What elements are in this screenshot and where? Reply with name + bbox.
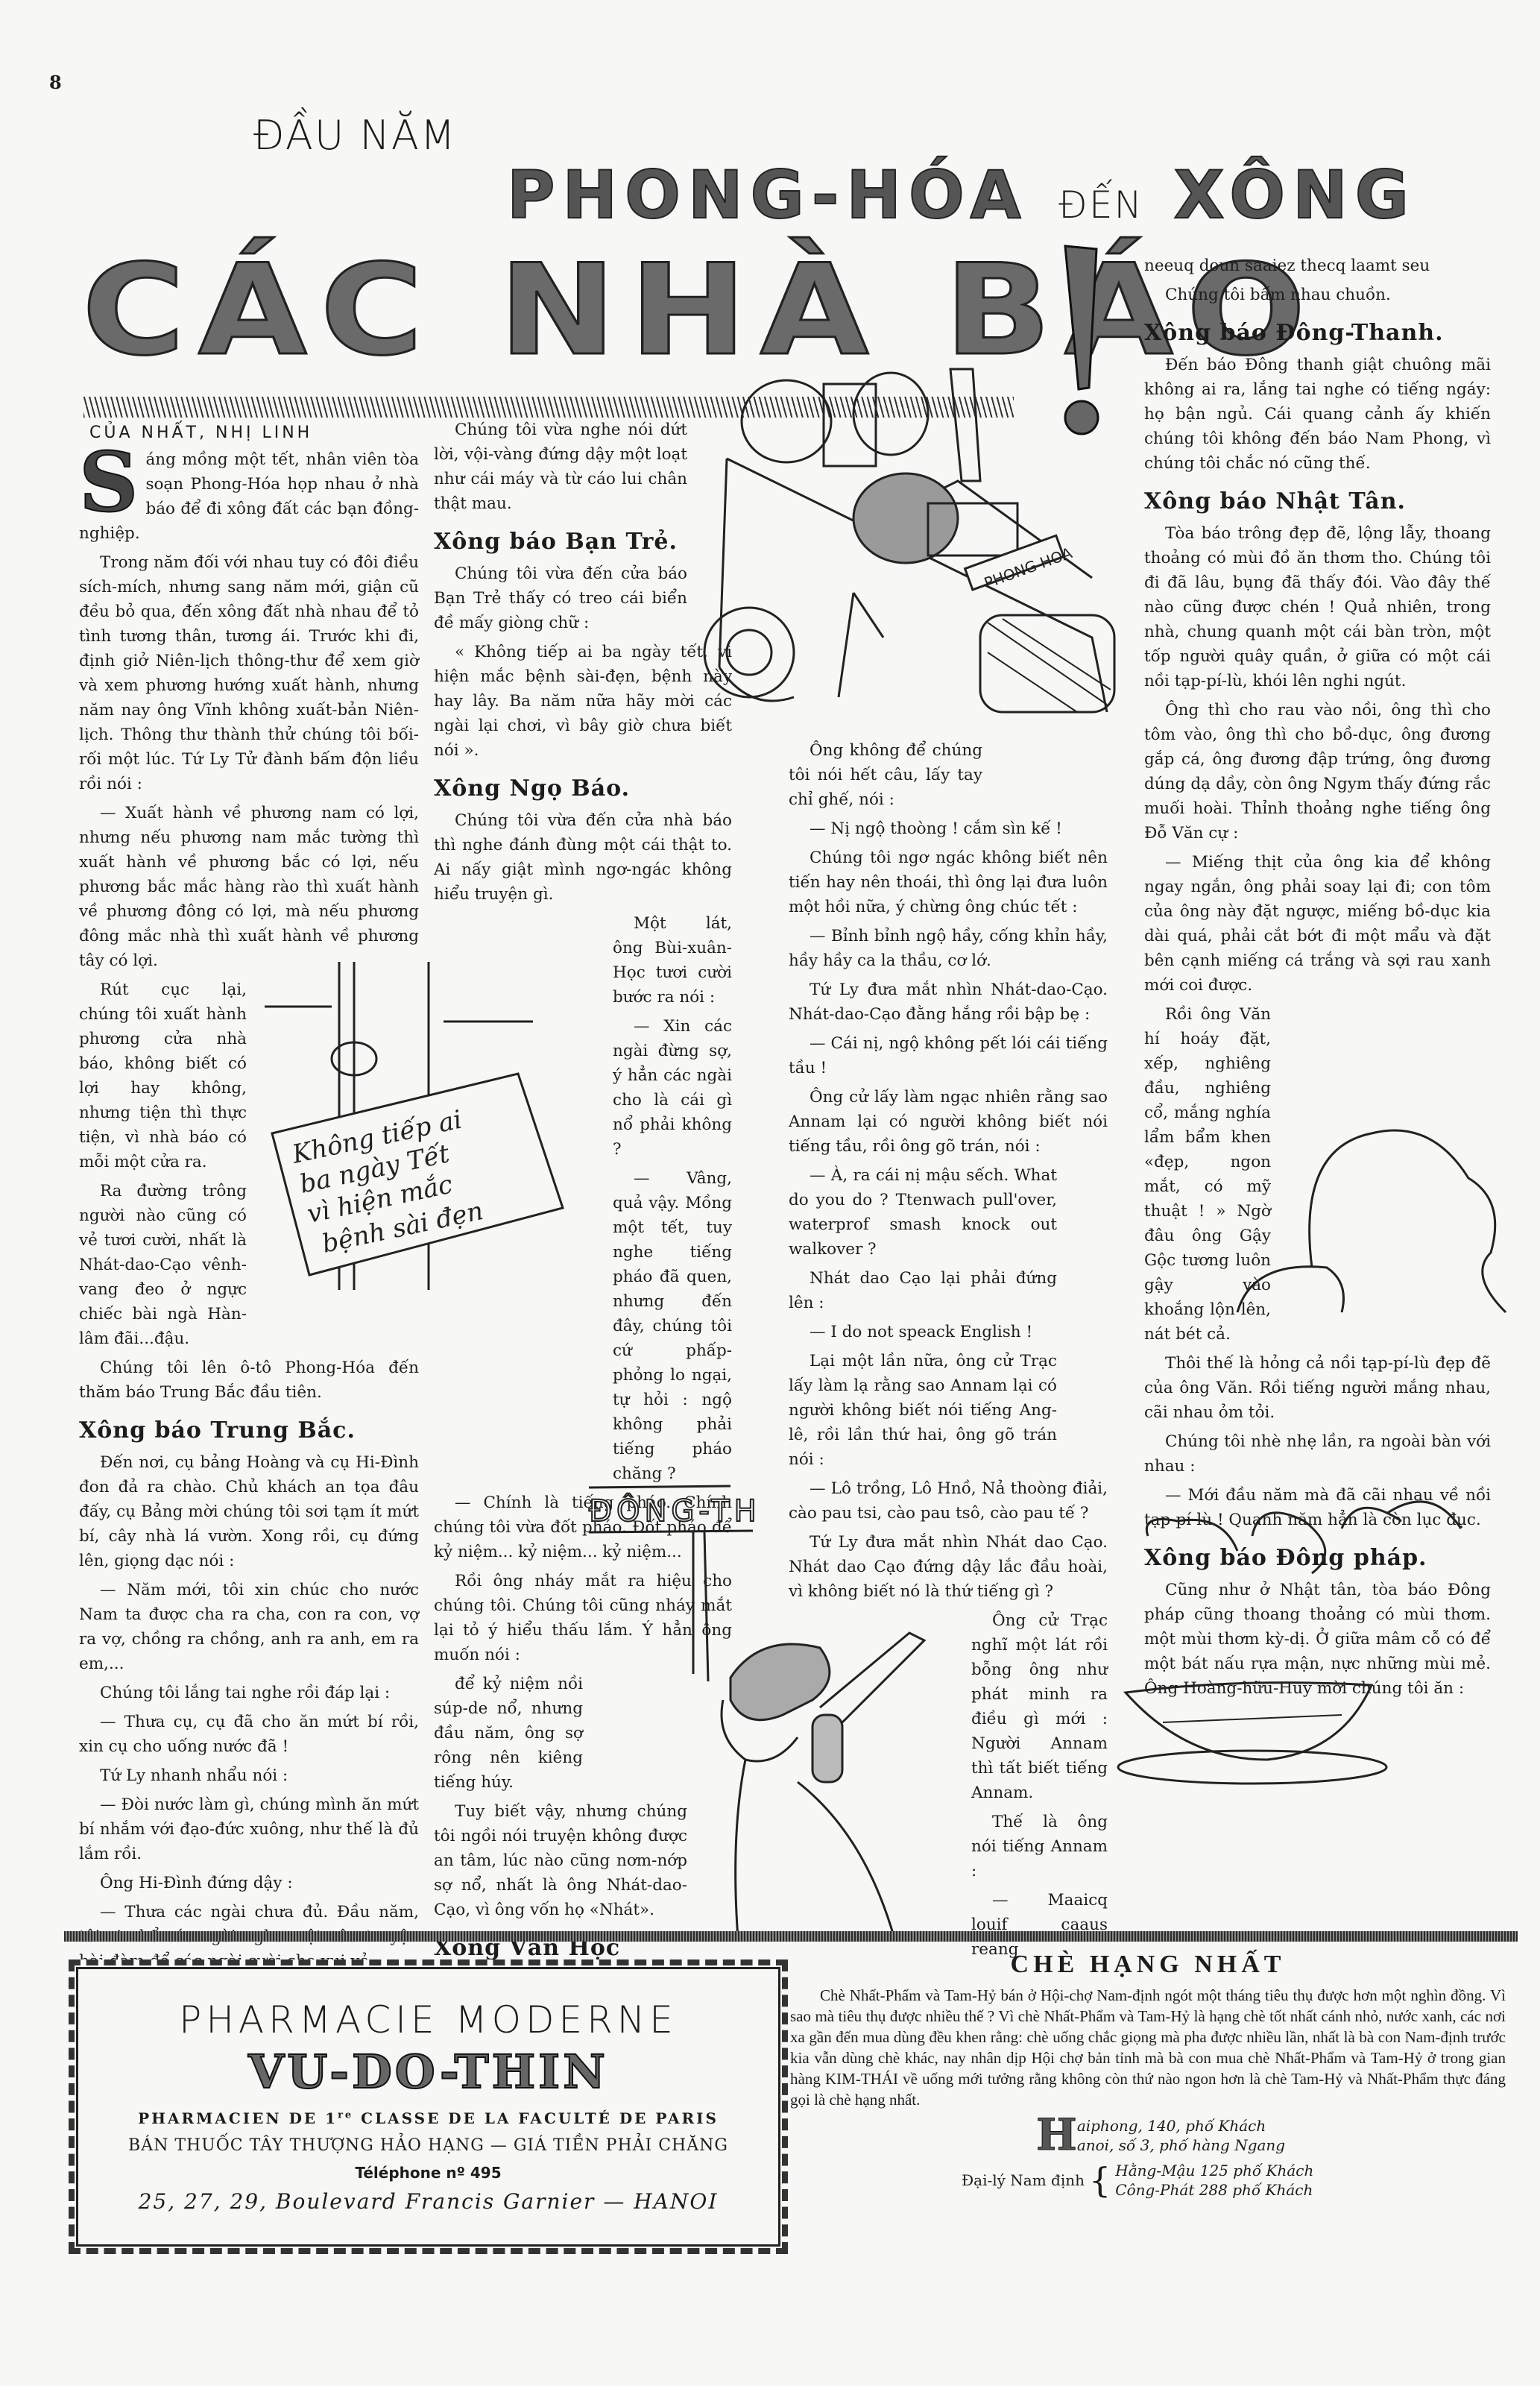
- car-illustration: PHONG HOA: [704, 369, 1122, 712]
- section-heading-ban-tre: Xông báo Bạn Trẻ.: [434, 529, 732, 554]
- paragraph: — Bỉnh bỉnh ngộ hầy, cống khỉn hầy, hầy …: [789, 924, 1108, 973]
- paragraph: — Lô trồng, Lô Hnồ, Nả thoòng điải, cào …: [789, 1476, 1108, 1526]
- paragraph: — Năm mới, tôi xin chúc cho nước Nam ta …: [79, 1578, 419, 1676]
- man-with-knife-illustration: [701, 1588, 924, 1939]
- pharmacy-advertisement: PHARMACIE MODERNE VU-DO-THIN PHARMACIEN …: [69, 1960, 788, 2254]
- paragraph: Đến nơi, cụ bảng Hoàng và cụ Hi-Đình đon…: [79, 1450, 419, 1573]
- paragraph: Một lát, ông Bùi-xuân-Học tươi cười bước…: [613, 911, 732, 1010]
- section-heading-dong-thanh: Xông báo Đông-Thanh.: [1144, 321, 1491, 345]
- paragraph: Ông Hi-Đình đứng dậy :: [79, 1871, 419, 1895]
- article-column-4: neeuq doun saaiez thecq laamt seu Chúng …: [1144, 254, 1491, 1705]
- tea-ad-body: Chè Nhất-Phẩm và Tam-Hỷ bán ở Hội-chợ Na…: [790, 1985, 1506, 2110]
- paragraph: — Nị ngộ thoòng ! cắm sìn kế !: [789, 816, 1108, 841]
- steam-cloud-illustration: [1282, 1089, 1521, 1342]
- header-subtitle: PHONG-HÓA ĐẾN XÔNG: [507, 157, 1416, 233]
- paragraph: Sáng mồng một tết, nhân viên tòa soạn Ph…: [79, 447, 419, 546]
- paragraph: Tòa báo trông đẹp đẽ, lộng lẫy, thoang t…: [1144, 521, 1491, 693]
- paragraph: — Xuất hành về phương nam có lợi, nhưng …: [79, 801, 419, 973]
- paragraph: Tứ Ly nhanh nhẩu nói :: [79, 1763, 419, 1788]
- pharmacy-name: PHARMACIE MODERNE: [88, 1998, 769, 2042]
- paragraph: Thôi thế là hỏng cả nồi tạp-pí-lù đẹp đẽ…: [1144, 1351, 1491, 1425]
- section-heading-trung-bac: Xông báo Trung Bắc.: [79, 1418, 419, 1443]
- address-drop-cap: H: [1036, 2116, 1077, 2153]
- paragraph: Tứ Ly đưa mắt nhìn Nhát-dao-Cạo. Nhát-da…: [789, 978, 1108, 1027]
- subtitle-xong: XÔNG: [1174, 157, 1416, 233]
- bowl-illustration: [1118, 1506, 1536, 1789]
- paragraph: Ra đường trông người nào cũng có vẻ tươi…: [79, 1179, 247, 1351]
- agent-hang-mau: Hằng-Mậu 125 phố Khách: [1115, 2161, 1313, 2180]
- paragraph: Chúng tôi lên ô-tô Phong-Hóa đến thăm bá…: [79, 1356, 419, 1405]
- paragraph: neeuq doun saaiez thecq laamt seu: [1144, 254, 1491, 278]
- subtitle-phonghoa: PHONG-HÓA: [507, 157, 1029, 233]
- paragraph: Ông cử Trạc nghĩ một lát rồi bỗng ông nh…: [971, 1608, 1108, 1805]
- drop-cap: S: [79, 449, 138, 516]
- paragraph: Trong năm đối với nhau tuy có đôi điều s…: [79, 550, 419, 796]
- paragraph: — Đòi nước làm gì, chúng mình ăn mứt bí …: [79, 1792, 419, 1866]
- pharmacy-tagline: BÁN THUỐC TÂY THƯỢNG HẢO HẠNG — GIÁ TIỀN…: [88, 2136, 769, 2155]
- tea-ad-agents: Đại-lý Nam định { Hằng-Mậu 125 phố Khách…: [962, 2161, 1506, 2200]
- paragraph: Chúng tôi vừa đến cửa báo Bạn Trẻ thấy c…: [434, 561, 687, 635]
- section-heading-nhat-tan: Xông báo Nhật Tân.: [1144, 489, 1491, 514]
- brace-icon: {: [1089, 2171, 1111, 2190]
- paragraph: Chúng tôi ngơ ngác không biết nên tiến h…: [789, 846, 1108, 919]
- svg-text:ĐÔNG-TH: ĐÔNG-TH: [589, 1493, 761, 1529]
- pharmacy-address: 25, 27, 29, Boulevard Francis Garnier — …: [88, 2189, 769, 2214]
- paragraph: Chúng tôi vừa nghe nói dứt lời, vội-vàng…: [434, 418, 687, 516]
- paragraph: — Vâng, quả vậy. Mồng một tết, tuy nghe …: [613, 1166, 732, 1486]
- pharmacy-phone: Téléphone nº 495: [88, 2164, 769, 2182]
- paragraph: Chúng tôi nhè nhẹ lần, ra ngoài bàn với …: [1144, 1429, 1491, 1479]
- tea-ad-title: CHÈ HẠNG NHẤT: [790, 1951, 1506, 1979]
- pharmacy-credential: PHARMACIEN DE 1re CLASSE DE LA FACULTÉ D…: [88, 2109, 769, 2127]
- paragraph: Đến báo Đông thanh giật chuông mãi không…: [1144, 353, 1491, 476]
- paragraph: Ông cử lấy làm ngạc nhiên rằng sao Annam…: [789, 1085, 1108, 1159]
- paragraph: Tuy biết vậy, nhưng chúng tôi ngồi nói t…: [434, 1799, 687, 1922]
- page-number: 8: [49, 72, 62, 93]
- tea-advertisement: CHÈ HẠNG NHẤT Chè Nhất-Phẩm và Tam-Hỷ bá…: [790, 1939, 1506, 2200]
- paragraph: Lại một lần nữa, ông cử Trạc lấy làm lạ …: [789, 1349, 1057, 1472]
- paragraph: — I do not speack English !: [789, 1320, 1057, 1344]
- paragraph: « Không tiếp ai ba ngày tết, vì hiện mắc…: [434, 640, 732, 763]
- paragraph: — Cái nị, ngộ không pết lói cái tiếng tầ…: [789, 1031, 1108, 1080]
- section-heading-ngo-bao: Xông Ngọ Báo.: [434, 776, 732, 801]
- placard-illustration: Không tiếp ai ba ngày Tết vì hiện mắc bệ…: [265, 962, 533, 1290]
- headline: CÁC NHÀ BÁO: [82, 237, 1319, 383]
- agent-label: Đại-lý Nam định: [962, 2171, 1085, 2190]
- paragraph: Rút cục lại, chúng tôi xuất hành phương …: [79, 978, 247, 1174]
- pharmacy-owner: VU-DO-THIN: [88, 2045, 769, 2099]
- paragraph: Chúng tôi lắng tai nghe rồi đáp lại :: [79, 1681, 419, 1705]
- header-kicker: ĐẦU NĂM: [253, 112, 456, 159]
- address-haiphong: aiphong, 140, phố Khách: [1036, 2116, 1506, 2135]
- paragraph: — Thưa cụ, cụ đã cho ăn mứt bí rồi, xin …: [79, 1710, 419, 1759]
- paragraph: — À, ra cái nị mậu sếch. What do you do …: [789, 1163, 1057, 1262]
- paragraph: Nhát dao Cạo lại phải đứng lên :: [789, 1266, 1057, 1315]
- paragraph: Chúng tôi bấm nhau chuồn.: [1144, 283, 1491, 307]
- paragraph: để kỷ niệm nồi súp-de nổ, nhưng đầu năm,…: [434, 1672, 583, 1795]
- paragraph: — Xin các ngài đừng sợ, ý hẳn các ngài c…: [613, 1014, 732, 1162]
- agent-cong-phat: Công-Phát 288 phố Khách: [1115, 2180, 1313, 2200]
- paragraph: — Miếng thịt của ông kia để không ngay n…: [1144, 850, 1491, 998]
- paragraph: Rồi ông Văn hí hoáy đặt, xếp, nghiêng đầ…: [1144, 1002, 1271, 1347]
- paragraph: Thế là ông nói tiếng Annam :: [971, 1810, 1108, 1883]
- paragraph: Chúng tôi vừa đến cửa nhà báo thì nghe đ…: [434, 808, 732, 907]
- paragraph: Ông thì cho rau vào nồi, ông thì cho tôm…: [1144, 698, 1491, 846]
- subtitle-den: ĐẾN: [1058, 183, 1143, 227]
- tea-ad-addresses: H aiphong, 140, phố Khách anoi, số 3, ph…: [1036, 2116, 1506, 2155]
- paragraph: Ông không để chúng tôi nói hết câu, lấy …: [789, 738, 982, 812]
- address-hanoi: anoi, số 3, phố hàng Ngang: [1036, 2135, 1506, 2155]
